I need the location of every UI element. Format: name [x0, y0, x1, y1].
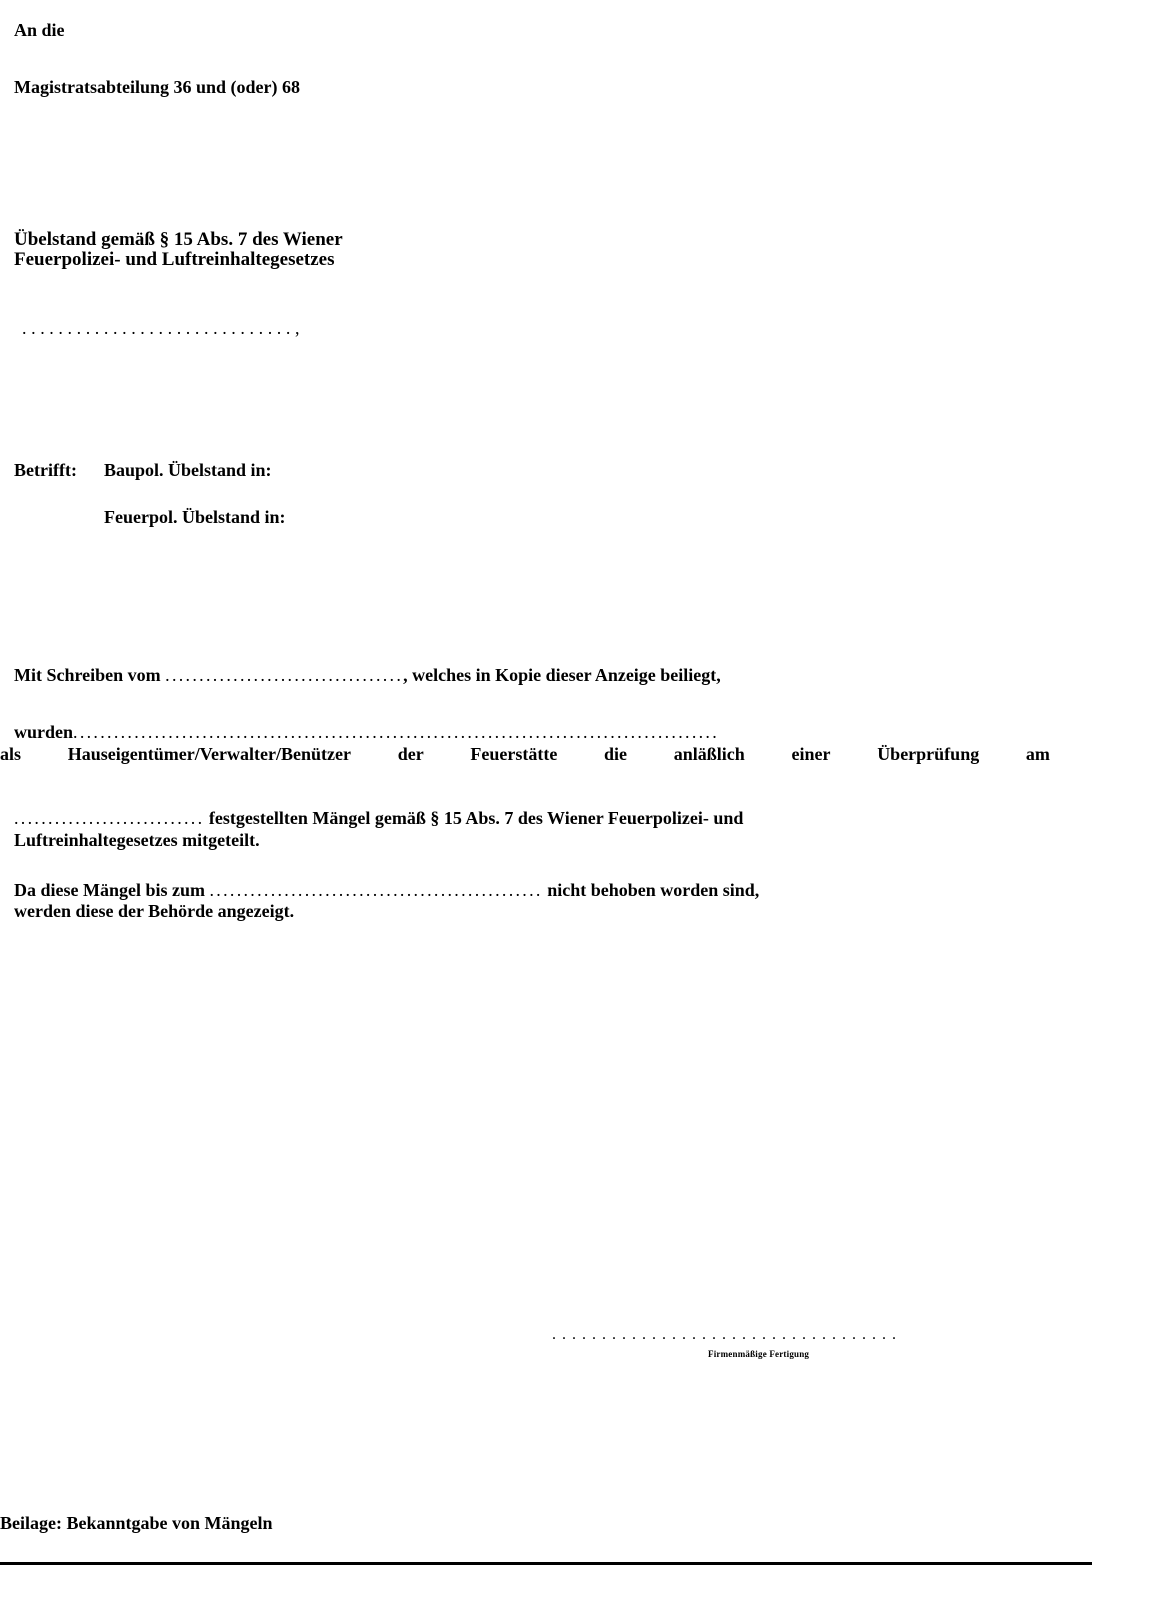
- role-word: der: [398, 744, 424, 764]
- recipient: Magistratsabteilung 36 und (oder) 68: [14, 77, 300, 97]
- inspection-text: festgestellten Mängel gemäß § 15 Abs. 7 …: [204, 808, 743, 828]
- letter-date-label: Mit Schreiben vom: [14, 665, 161, 685]
- paragraph-deadline: Da diese Mängel bis zum ................…: [14, 880, 1064, 900]
- subject-heading-line-2: Feuerpolizei- und Luftreinhaltegesetzes: [14, 250, 343, 270]
- signature-caption: Firmenmäßige Fertigung: [708, 1349, 809, 1359]
- role-word: Überprüfung: [877, 744, 979, 764]
- deadline-label: Da diese Mängel bis zum: [14, 880, 205, 900]
- letter-date-blank[interactable]: ...................................: [165, 665, 403, 685]
- salutation: An die: [14, 20, 65, 40]
- role-word: die: [604, 744, 627, 764]
- wurden-label: wurden: [14, 722, 73, 742]
- betrifft-feuerpolizei: Feuerpol. Übelstand in:: [104, 507, 286, 527]
- betrifft-label: Betrifft:: [14, 460, 77, 480]
- subject-blank-field[interactable]: ..............................,: [22, 318, 304, 338]
- paragraph-inspection-date: ............................ festgestell…: [14, 808, 1064, 828]
- paragraph-deadline-line-2: werden diese der Behörde angezeigt.: [14, 901, 1064, 921]
- betrifft-baupolizei: Baupol. Übelstand in:: [104, 460, 272, 480]
- role-word: einer: [792, 744, 831, 764]
- recipient-name-blank[interactable]: ........................................…: [73, 722, 719, 742]
- paragraph-recipient-line: wurden..................................…: [14, 722, 1064, 742]
- role-word: Feuerstätte: [470, 744, 557, 764]
- deadline-date-blank[interactable]: ........................................…: [210, 880, 543, 900]
- deadline-text: nicht behoben worden sind,: [543, 880, 760, 900]
- paragraph-letter-date: Mit Schreiben vom ......................…: [14, 665, 1064, 685]
- role-word: anläßlich: [674, 744, 745, 764]
- paragraph-role-line: als Hauseigentümer/Verwalter/Benützer de…: [0, 744, 1050, 764]
- role-word: am: [1026, 744, 1050, 764]
- letter-date-suffix: , welches in Kopie dieser Anzeige beilie…: [403, 665, 721, 685]
- role-word: als: [0, 744, 21, 764]
- role-word: Hauseigentümer/Verwalter/Benützer: [68, 744, 351, 764]
- subject-heading-line-1: Übelstand gemäß § 15 Abs. 7 des Wiener: [14, 230, 343, 250]
- enclosure-note: Beilage: Bekanntgabe von Mängeln: [0, 1513, 273, 1533]
- signature-line[interactable]: ...................................: [552, 1326, 902, 1344]
- inspection-date-blank[interactable]: ............................: [14, 808, 204, 828]
- paragraph-inspection-line-2: Luftreinhaltegesetzes mitgeteilt.: [14, 830, 1064, 850]
- subject-heading: Übelstand gemäß § 15 Abs. 7 des Wiener F…: [14, 230, 343, 270]
- bottom-rule-divider: [0, 1562, 1092, 1565]
